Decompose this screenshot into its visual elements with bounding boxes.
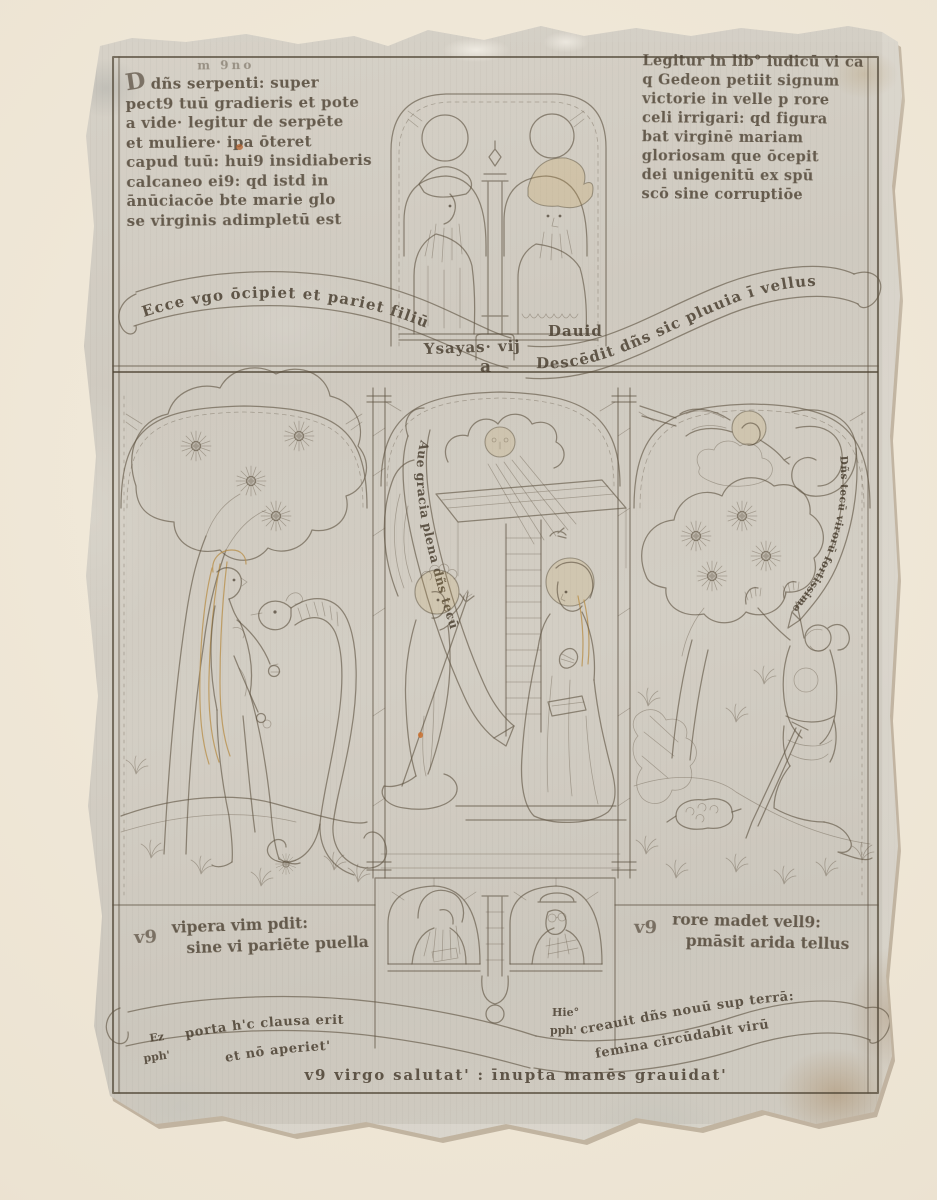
label-david: Dauid [548,322,603,340]
svg-text:porta h'c clausa erit: porta h'c clausa erit [184,1013,344,1042]
jeremiah-attr-2: pph' [550,1024,577,1037]
paper-sheet: Ecce vgo ōcipiet et pariet filiū Descēdi… [36,16,906,1166]
verse-gideon-line2: pmāsit arida tellus [686,930,850,954]
lesson-left-line: a vide· legitur de serpēte [126,112,370,134]
lesson-left-line: calcaneo ei9: qd istd in [126,170,370,192]
rocky-mound [633,710,696,804]
foxing-spot [418,732,423,738]
prophet-jeremiah-figure [532,893,584,964]
prophet-ezekiel-figure [412,890,466,964]
bottom-aedicula [375,878,615,1048]
eve-figure [200,550,300,867]
svg-text:Ecce vgo ōcipiet et pariet fil: Ecce vgo ōcipiet et pariet filiū [140,284,432,332]
ezekiel-attr-2: pph' [143,1048,171,1065]
isaiah-scroll-text: Ecce vgo ōcipiet et pariet filiū [140,284,432,332]
top-aedicula: Ysayas· vij Dauid a [391,94,606,377]
lesson-right-line: bat virginē mariam [642,127,868,148]
ezekiel-scroll-line2: et nō aperiet' [224,1039,331,1066]
foxing-spot [56,284,61,289]
lesson-right-line: Legitur in lib° iudicū vi ca [642,51,868,72]
gideon-angel [640,406,790,486]
gideon-scroll: Dñs tecū virorū fortissime [788,410,857,628]
verse-eve: v9 vipera vim pdit: sine vi pariēte puel… [135,910,369,960]
lesson-right-line: victorie in velle p rore [642,89,868,110]
lesson-left-line: pect9 tuū gradieris et pote [126,92,370,114]
gideon-figure [745,581,872,860]
lesson-left-line: ānūciacōe bte marie glo [126,190,370,212]
lesson-right-line: dei unigenitū ex spū [642,165,868,186]
virgin-mary-figure [522,558,616,822]
lesson-left-line: se virginis adimpletū est [127,209,371,231]
titulus-line: v9 virgo salutat' : īnupta manēs grauida… [304,1066,728,1084]
lesson-left-line: capud tuū: hui9 insidiaberis [126,151,370,173]
panel-gideon: Dñs tecū virorū fortissime [633,406,874,884]
holy-spirit-dove [550,528,566,538]
verse-gideon: v9 rore madet vell9: pmāsit arida tellus [636,908,850,954]
panel-annunciation: Aue gracia plena dñs tecū [381,408,626,868]
serpent-figure [251,593,387,875]
ezekiel-scroll-line1: porta h'c clausa erit [184,1013,344,1042]
foxing-spot [63,301,67,305]
photograph-mount: Ecce vgo ōcipiet et pariet filiū Descēdi… [0,0,937,1200]
verse-marker: v9 [134,926,158,948]
quire-signature: a [480,357,491,377]
ezekiel-attr-1: Ez [149,1030,165,1045]
jeremiah-attr-1: Hie° [552,1006,579,1019]
rays-of-light [488,456,576,544]
foxing-spot [236,144,243,150]
lesson-right-line: gloriosam que ōcepit [642,146,868,167]
svg-text:et nō aperiet': et nō aperiet' [224,1039,331,1066]
gabriel-scroll: Aue gracia plena dñs tecū [403,408,514,746]
lesson-right-line: q Gedeon petiit signum [642,70,868,91]
foxing-spot [243,1134,247,1138]
lesson-left-header: m 9no [197,57,369,73]
lesson-right-line: scō sine corruptiōe [641,184,867,205]
verse-marker: v9 [634,917,657,938]
tree [642,478,824,760]
prophet-david-figure [518,114,593,334]
lesson-right-line: celi irrigari: qd figura [642,108,868,129]
lesson-left-line: et muliere· ipa ōteret [126,131,370,153]
lesson-left-line: dñs serpenti: super [151,73,319,92]
label-isaiah: Ysayas· vij [423,337,522,358]
lesson-top-left: m 9no Ddñs serpenti: super pect9 tuū gra… [125,57,370,231]
fleece [667,799,741,830]
god-the-father [445,414,576,544]
prophet-isaiah-figure [414,115,475,334]
flourished-initial: D [124,72,147,93]
panel-eve-and-serpent [121,368,387,886]
lesson-top-right: Legitur in lib° iudicū vi ca q Gedeon pe… [641,51,868,205]
